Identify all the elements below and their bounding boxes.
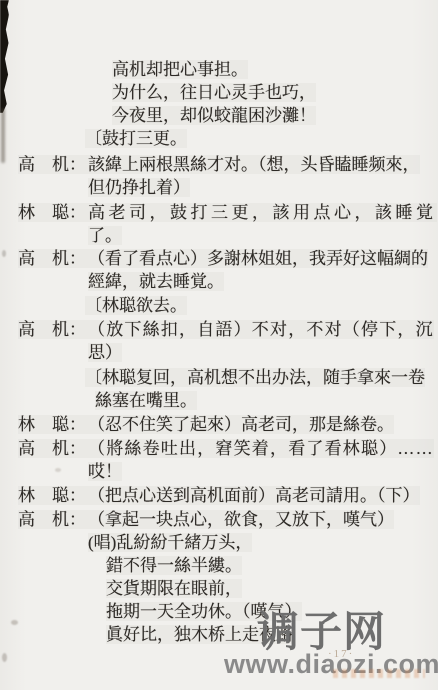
lyric-line: (唱)乱紛紛千緒万头，: [88, 533, 252, 552]
dialogue-continuation: 經緯，就去睡覚。: [88, 272, 224, 291]
lyric-line: 錯不得一絲半縷。: [106, 556, 242, 575]
speaker-name: 林 聪：: [18, 203, 88, 222]
stage-direction-continuation: 絲塞在嘴里。: [95, 391, 197, 410]
dialogue-line: 高 机：（拿起一块点心，欲食，又放下，嘆气）: [18, 510, 394, 529]
dialogue-line: 高 机：（放下絲扣，自語）不对，不对（停下，沉: [18, 320, 434, 339]
dialogue-continuation: 但仍挣扎着）: [88, 178, 190, 197]
binding-shadow-artifact: [0, 0, 9, 113]
speaker-name: 高 机：: [18, 155, 88, 174]
binding-shadow-artifact: [1, 108, 5, 163]
speaker-name: 高 机：: [18, 510, 88, 529]
stage-direction: 〔鼓打三更。: [85, 129, 187, 148]
dialogue-text: 該緯上兩根黑絲才对。（想，头昏瞌睡频來，: [88, 155, 420, 174]
dialogue-continuation: 哎！: [88, 462, 122, 481]
dialogue-line: 高 机：（看了看点心）多謝林姐姐，我弄好这幅綢的: [18, 249, 428, 268]
stage-direction: 〔林聪复回，高机想不出办法，随手拿來一卷: [85, 368, 425, 387]
speaker-name: 林 聪：: [18, 486, 88, 505]
verse-line: 为什么，往日心灵手也巧，: [112, 83, 316, 102]
verse-line: 高机却把心事担。: [112, 60, 248, 79]
speaker-name: 高 机：: [18, 439, 88, 458]
faint-orange-watermark-artifact: [333, 669, 425, 678]
dialogue-line: 林 聪：（忍不住笑了起來）高老司，那是絲卷。: [18, 415, 394, 434]
scan-speck: [55, 468, 61, 472]
lyric-line: 交貨期限在眼前，: [106, 579, 242, 598]
dialogue-continuation: 思）: [88, 343, 122, 362]
dialogue-continuation: 了。: [88, 226, 122, 245]
dialogue-text: （放下絲扣，自語）不对，不对（停下，沉: [88, 320, 434, 339]
speaker-name: 林 聪：: [18, 415, 88, 434]
dialogue-text: （忍不住笑了起來）高老司，那是絲卷。: [88, 415, 394, 434]
dialogue-line: 林 聪：（把点心送到高机面前）高老司請用。（下）: [18, 486, 420, 505]
speaker-name: 高 机：: [18, 320, 88, 339]
dialogue-text: 高老司，鼓打三更，該用点心，該睡覚: [88, 203, 437, 222]
scan-speck: [11, 620, 18, 625]
scan-speck: [2, 653, 7, 662]
dialogue-text: （將絲卷吐出，窘笑着，看了看林聪）……: [88, 439, 434, 458]
verse-line: 今夜里，却似蛟龍困沙灘！: [112, 106, 316, 125]
dialogue-text: （把点心送到高机面前）高老司請用。（下）: [88, 486, 420, 505]
dialogue-text: （看了看点心）多謝林姐姐，我弄好这幅綢的: [88, 249, 428, 268]
scan-speck: [2, 250, 6, 257]
dialogue-text: （拿起一块点心，欲食，又放下，嘆气）: [88, 510, 394, 529]
dialogue-line: 林 聪：高老司，鼓打三更，該用点心，該睡覚: [18, 203, 437, 222]
stage-direction: 〔林聪欲去。: [85, 296, 187, 315]
dialogue-line: 高 机：（將絲卷吐出，窘笑着，看了看林聪）……: [18, 439, 434, 458]
watermark-site-name: 调子网: [257, 610, 386, 654]
dialogue-line: 高 机：該緯上兩根黑絲才对。（想，头昏瞌睡频來，: [18, 155, 420, 174]
speaker-name: 高 机：: [18, 249, 88, 268]
